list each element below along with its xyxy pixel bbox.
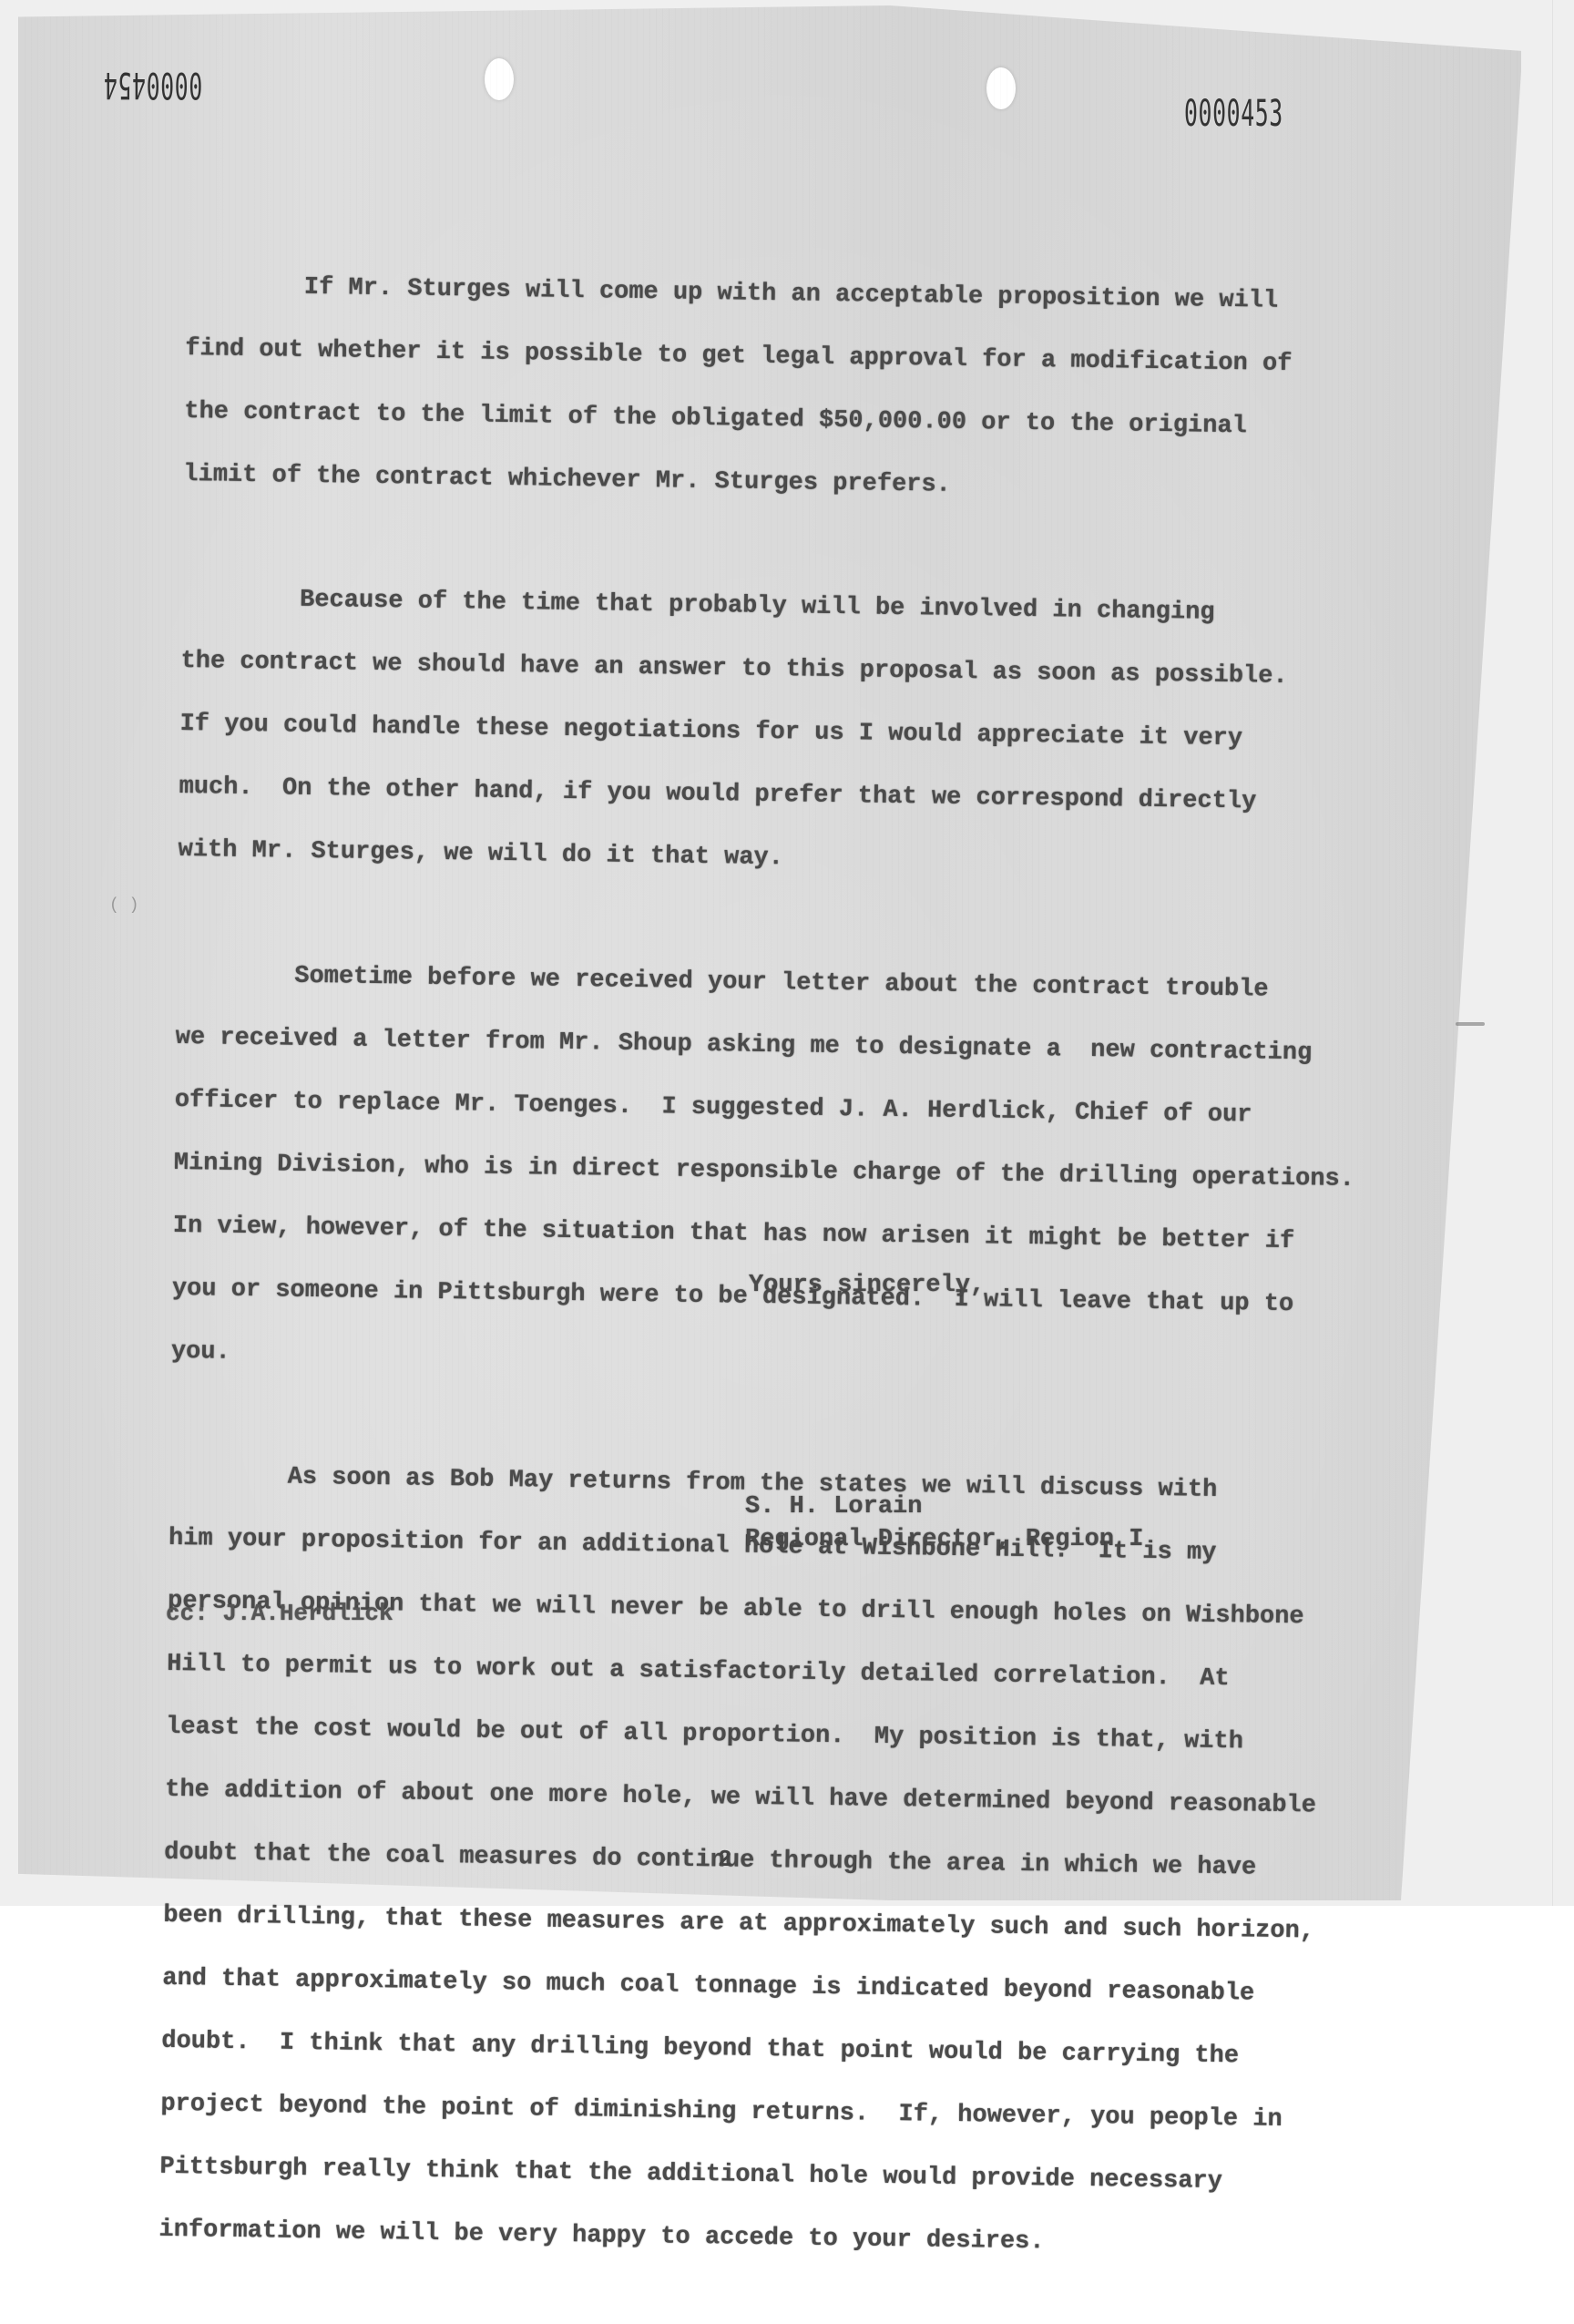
text-line: doubt that the coal measures do continue… xyxy=(164,1838,1366,1886)
text-line: the contract we should have an answer to… xyxy=(180,646,1383,694)
text-line: Mining Division, who is in direct respon… xyxy=(174,1147,1376,1195)
text-line: the addition of about one more hole, we … xyxy=(165,1775,1367,1823)
paragraph-3: Sometime before we received your letter … xyxy=(170,927,1379,1416)
scan-edge-rule xyxy=(1552,0,1553,1906)
punch-hole-right xyxy=(986,67,1016,109)
text-line: and that approximately so much coal tonn… xyxy=(162,1963,1364,2004)
margin-mark-icon xyxy=(1456,1022,1485,1026)
paragraph-2: Because of the time that probably will b… xyxy=(178,551,1385,914)
text-line: officer to replace Mr. Toenges. I sugges… xyxy=(175,1084,1377,1132)
document-stamp-left: 0000454 xyxy=(103,64,202,106)
text-line: Hill to permit us to work out a satisfac… xyxy=(167,1649,1369,1697)
text-line: If you could handle these negotiations f… xyxy=(179,709,1382,757)
text-line: we received a letter from Mr. Shoup aski… xyxy=(176,1021,1378,1070)
text-line: much. On the other hand, if you would pr… xyxy=(179,772,1381,820)
signature-block: S. H. Lorain Regional Director, Region I xyxy=(745,1490,1143,1556)
signer-title: Regional Director, Region I xyxy=(745,1523,1143,1556)
text-line: the contract to the limit of the obligat… xyxy=(184,395,1386,444)
signer-name: S. H. Lorain xyxy=(745,1490,1143,1523)
paragraph-1: If Mr. Sturges will come up with an acce… xyxy=(183,239,1389,538)
margin-bracket-icon: ( ) xyxy=(109,896,138,915)
text-line: Because of the time that probably will b… xyxy=(181,583,1384,631)
letter-body: If Mr. Sturges will come up with an acce… xyxy=(158,239,1389,2004)
text-line: Sometime before we received your letter … xyxy=(176,958,1378,1007)
text-line: find out whether it is possible to get l… xyxy=(185,333,1387,381)
cc-line: cc: J.A.Herdlick xyxy=(166,1600,393,1627)
text-line: In view, however, of the situation that … xyxy=(173,1210,1375,1258)
text-line: been drilling, that these measures are a… xyxy=(163,1900,1365,1949)
text-line: limit of the contract whichever Mr. Stur… xyxy=(183,458,1385,507)
closing-salutation: Yours sincerely, xyxy=(749,1272,985,1299)
page-number: 2 xyxy=(718,1846,732,1873)
text-line: If Mr. Sturges will come up with an acce… xyxy=(186,270,1388,318)
document-stamp-right: 0000453 xyxy=(1184,93,1283,135)
text-line: least the cost would be out of all propo… xyxy=(166,1712,1368,1760)
text-line: with Mr. Sturges, we will do it that way… xyxy=(178,834,1380,883)
punch-hole-left xyxy=(485,58,514,100)
text-line: you. xyxy=(171,1336,1374,1384)
